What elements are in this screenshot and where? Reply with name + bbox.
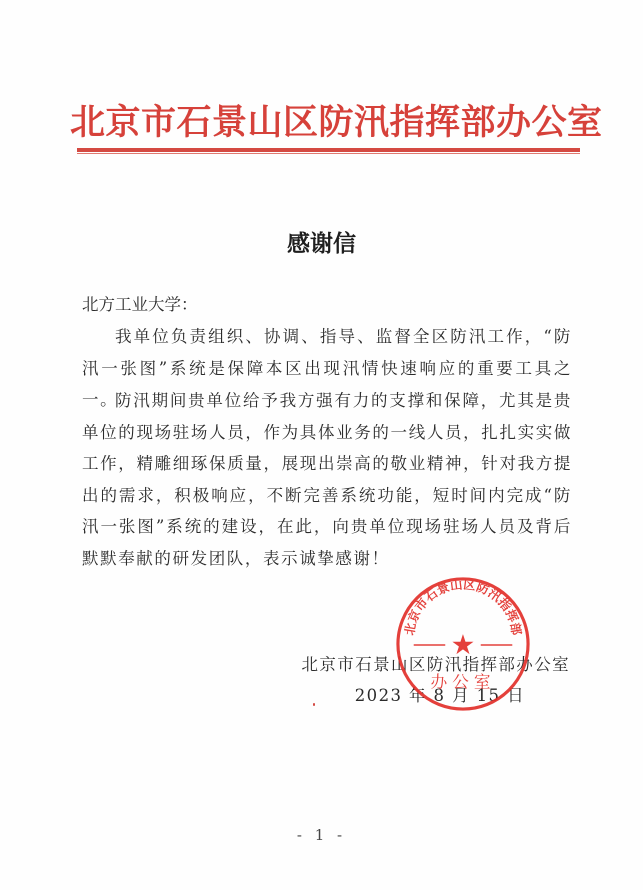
recipient-salutation: 北方工业大学： — [82, 289, 572, 321]
letterhead-divider-thin — [77, 153, 580, 154]
body-paragraph-2: 防汛期间贵单位给予我方强有力的支撑和保障，尤其是贵单位的现场驻场人员，作为具体业… — [82, 385, 572, 574]
document-title: 感谢信 — [0, 229, 643, 259]
document-page: 北京市石景山区防汛指挥部办公室 感谢信 北方工业大学： 我单位负责组织、协调、指… — [0, 0, 643, 890]
page-number: - 1 - — [0, 826, 643, 844]
letterhead-divider-thick — [77, 148, 580, 152]
ink-speck — [313, 703, 315, 706]
official-seal-icon: 北京市石景山区防汛指挥部 ★ 办公室 — [394, 575, 532, 713]
letterhead-title: 北京市石景山区防汛指挥部办公室 — [70, 103, 580, 143]
seal-star-icon: ★ — [451, 628, 476, 661]
seal-bottom-text: 办公室 — [430, 671, 495, 691]
